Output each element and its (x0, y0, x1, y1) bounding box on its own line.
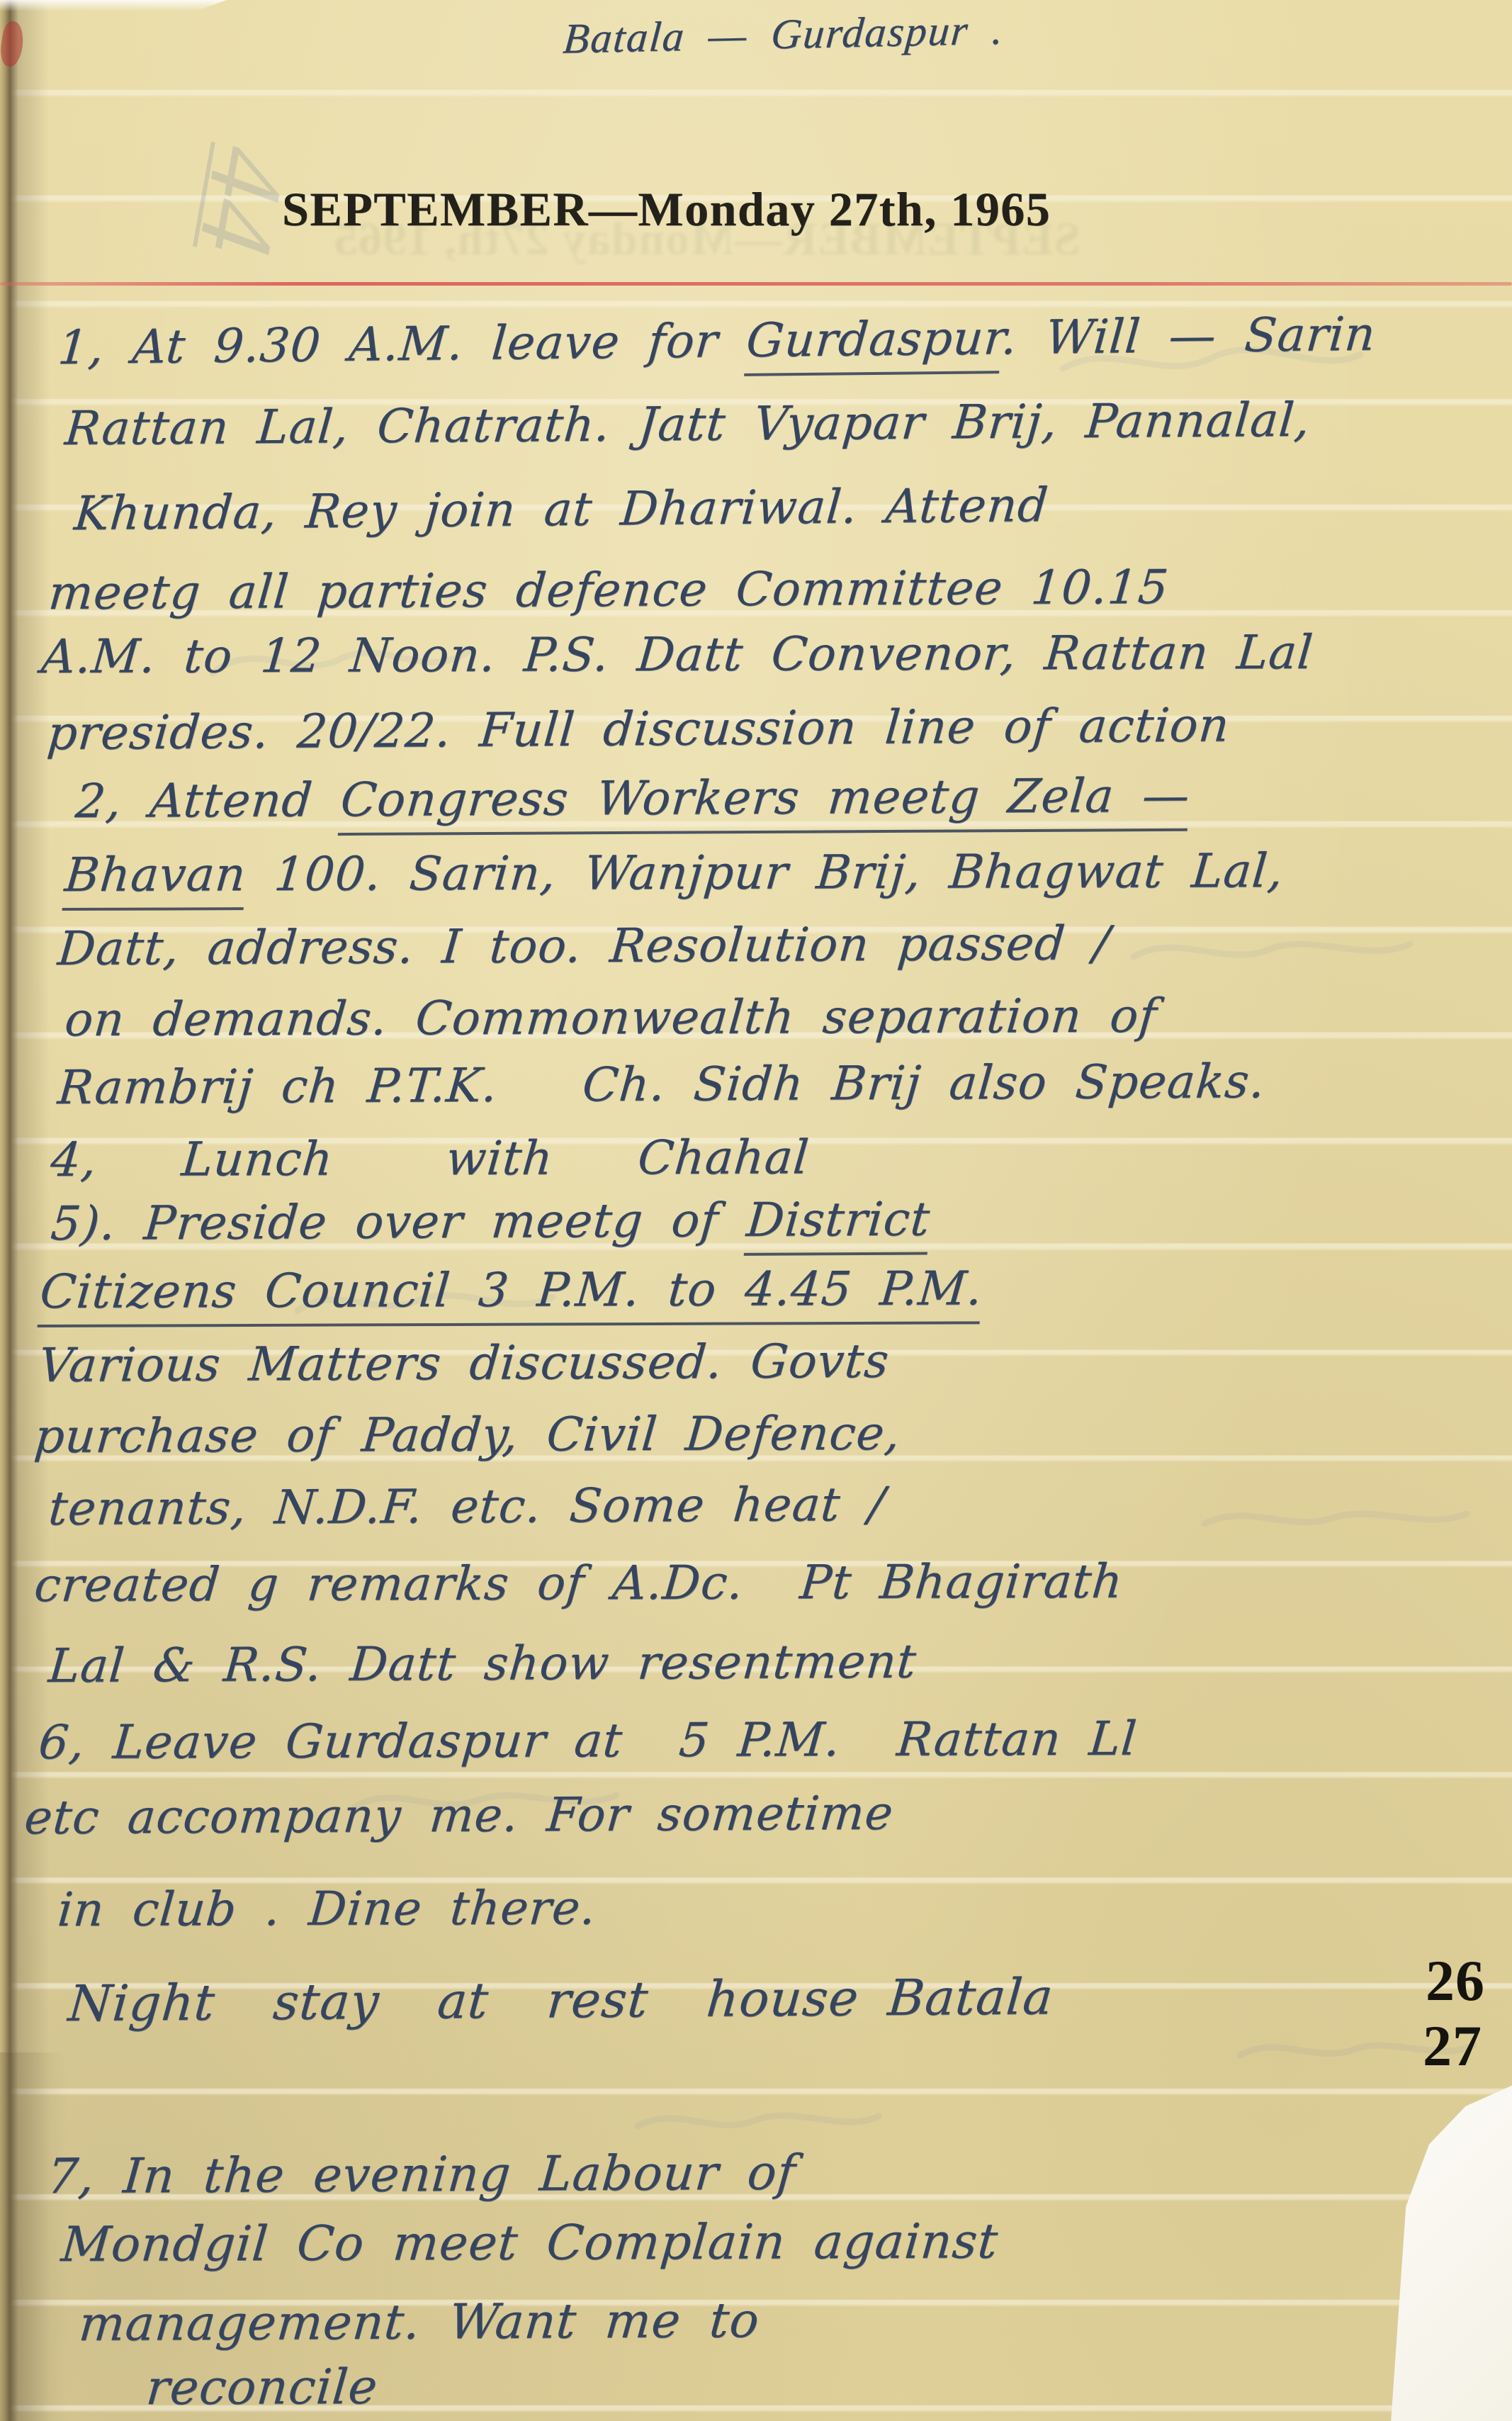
handwriting-line: Datt, address. I too. Resolution passed … (56, 916, 1112, 976)
page-number-left: 26 (1426, 1948, 1485, 2014)
handwriting-line: 5). Preside over meetg of District (49, 1192, 932, 1252)
handwriting-line: Bhavan 100. Sarin, Wanjpur Brij, Bhagwat… (63, 843, 1286, 902)
handwriting-line: A.M. to 12 Noon. P.S. Datt Convenor, Rat… (40, 625, 1316, 684)
handwriting-line: Rambrij ch P.T.K. Ch. Sidh Brij also Spe… (56, 1054, 1268, 1115)
handwriting-line: 6, Leave Gurdaspur at 5 P.M. Rattan Ll (37, 1712, 1139, 1770)
handwriting-line: Citizens Council 3 P.M. to 4.45 P.M. (38, 1261, 986, 1319)
handwriting-line: Mondgil Co meet Complain against (59, 2213, 1000, 2273)
handwriting-line: 1, At 9.30 A.M. leave for Gurdaspur. Wil… (56, 307, 1377, 376)
diary-entries: 1, At 9.30 A.M. leave for Gurdaspur. Wil… (0, 0, 1512, 2421)
handwriting-line: etc accompany me. For sometime (23, 1786, 896, 1845)
handwriting-line: Lal & R.S. Datt show resentment (47, 1634, 919, 1693)
handwriting-line: on demands. Commonwealth separation of (63, 989, 1160, 1047)
handwriting-line: tenants, N.D.F. etc. Some heat / (47, 1477, 888, 1536)
handwriting-line: 7, In the evening Labour of (45, 2145, 799, 2205)
handwriting-line: created g remarks of A.Dc. Pt Bhagirath (33, 1554, 1126, 1612)
handwriting-line: Night stay at rest house Batala (66, 1967, 1055, 2033)
handwriting-line: Rattan Lal, Chatrath. Jatt Vyapar Brij, … (63, 393, 1312, 456)
handwriting-line: Various Matters discussed. Govts (37, 1334, 891, 1393)
handwriting-line: 2, Attend Congress Workers meetg Zela — (74, 768, 1192, 828)
handwriting-line: in club . Dine there. (56, 1880, 599, 1937)
handwriting-line: reconcile (144, 2359, 380, 2416)
handwriting-line: management. Want me to (77, 2293, 762, 2352)
handwriting-line: meetg all parties defence Committee 10.1… (47, 560, 1171, 620)
handwriting-line: Khunda, Rey join at Dhariwal. Attend (72, 478, 1051, 541)
handwriting-line: purchase of Paddy, Civil Defence, (33, 1406, 903, 1464)
diary-page: 44 Batala — Gurdaspur . SEPTEMBER—Monday… (0, 0, 1512, 2421)
handwriting-line: 4, Lunch with Chahal (49, 1130, 811, 1187)
handwriting-line: presides. 20/22. Full discussion line of… (45, 697, 1232, 760)
page-number-right: 27 (1423, 2013, 1482, 2079)
